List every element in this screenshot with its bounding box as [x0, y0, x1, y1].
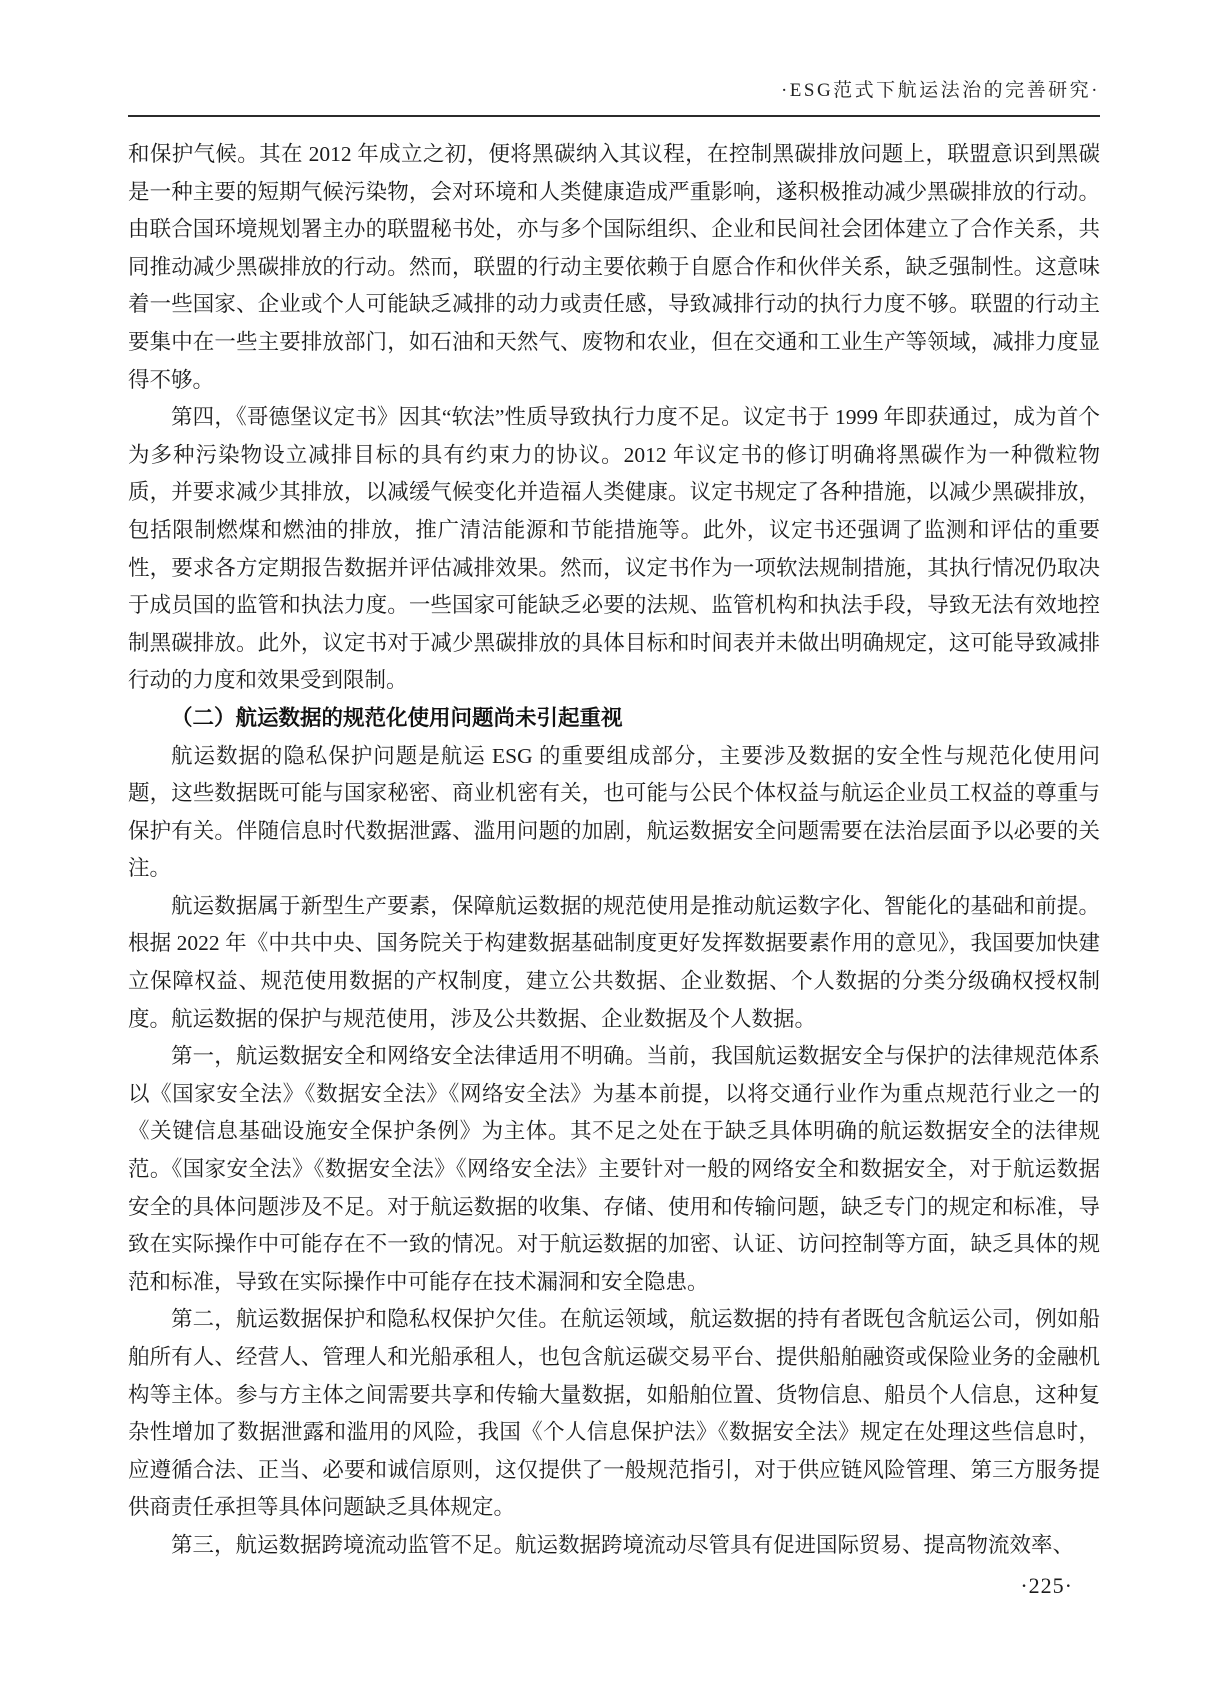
header-rule	[128, 115, 1100, 117]
document-page: ·ESG范式下航运法治的完善研究· 和保护气候。其在 2012 年成立之初，便将…	[0, 0, 1217, 1689]
section-heading: （二）航运数据的规范化使用问题尚未引起重视	[128, 700, 1100, 738]
paragraph: 第三，航运数据跨境流动监管不足。航运数据跨境流动尽管具有促进国际贸易、提高物流效…	[128, 1527, 1100, 1565]
paragraph: 第二，航运数据保护和隐私权保护欠佳。在航运领域，航运数据的持有者既包含航运公司，…	[128, 1301, 1100, 1527]
paragraph: 第四，《哥德堡议定书》因其“软法”性质导致执行力度不足。议定书于 1999 年即…	[128, 399, 1100, 700]
body-text: 和保护气候。其在 2012 年成立之初，便将黑碳纳入其议程，在控制黑碳排放问题上…	[128, 136, 1100, 1565]
running-title: ·ESG范式下航运法治的完善研究·	[128, 78, 1100, 104]
page-number: ·225·	[1020, 1573, 1073, 1599]
paragraph: 航运数据属于新型生产要素，保障航运数据的规范使用是推动航运数字化、智能化的基础和…	[128, 888, 1100, 1038]
paragraph: 和保护气候。其在 2012 年成立之初，便将黑碳纳入其议程，在控制黑碳排放问题上…	[128, 136, 1100, 399]
paragraph: 航运数据的隐私保护问题是航运 ESG 的重要组成部分，主要涉及数据的安全性与规范…	[128, 738, 1100, 888]
paragraph: 第一，航运数据安全和网络安全法律适用不明确。当前，我国航运数据安全与保护的法律规…	[128, 1038, 1100, 1301]
page-header: ·ESG范式下航运法治的完善研究·	[128, 78, 1100, 117]
